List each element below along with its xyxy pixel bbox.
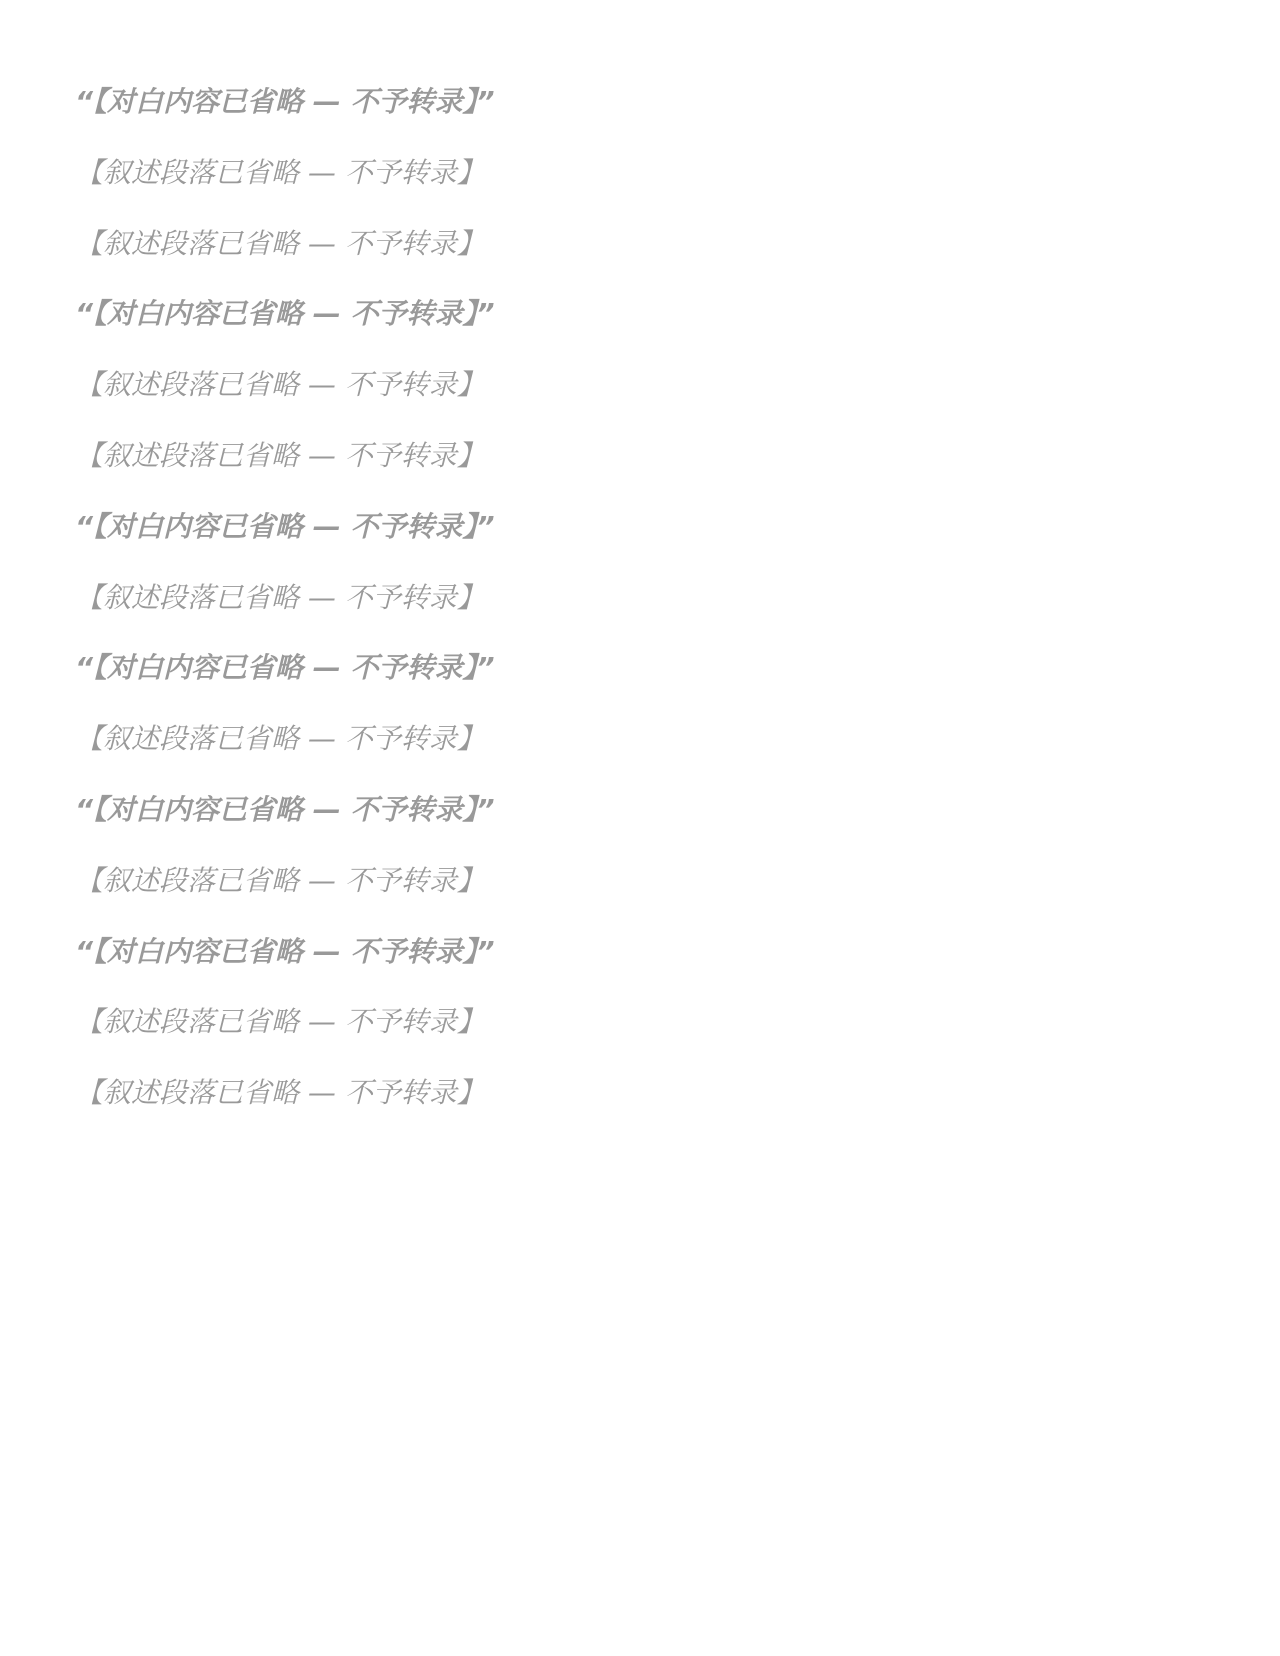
narration-paragraph: 【叙述段落已省略 — 不予转录】	[75, 363, 1205, 408]
document-page: “【对白内容已省略 — 不予转录】”【叙述段落已省略 — 不予转录】【叙述段落已…	[0, 0, 1280, 1656]
narration-paragraph: 【叙述段落已省略 — 不予转录】	[75, 717, 1205, 762]
narration-paragraph: 【叙述段落已省略 — 不予转录】	[75, 222, 1205, 267]
narration-paragraph: 【叙述段落已省略 — 不予转录】	[75, 1000, 1205, 1045]
dialogue-paragraph: “【对白内容已省略 — 不予转录】”	[75, 505, 1205, 550]
dialogue-paragraph: “【对白内容已省略 — 不予转录】”	[75, 930, 1205, 975]
narration-paragraph: 【叙述段落已省略 — 不予转录】	[75, 576, 1205, 621]
dialogue-paragraph: “【对白内容已省略 — 不予转录】”	[75, 788, 1205, 833]
dialogue-paragraph: “【对白内容已省略 — 不予转录】”	[75, 646, 1205, 691]
narration-paragraph: 【叙述段落已省略 — 不予转录】	[75, 1071, 1205, 1116]
narration-paragraph: 【叙述段落已省略 — 不予转录】	[75, 151, 1205, 196]
dialogue-paragraph: “【对白内容已省略 — 不予转录】”	[75, 80, 1205, 125]
narration-paragraph: 【叙述段落已省略 — 不予转录】	[75, 434, 1205, 479]
dialogue-paragraph: “【对白内容已省略 — 不予转录】”	[75, 292, 1205, 337]
narration-paragraph: 【叙述段落已省略 — 不予转录】	[75, 859, 1205, 904]
